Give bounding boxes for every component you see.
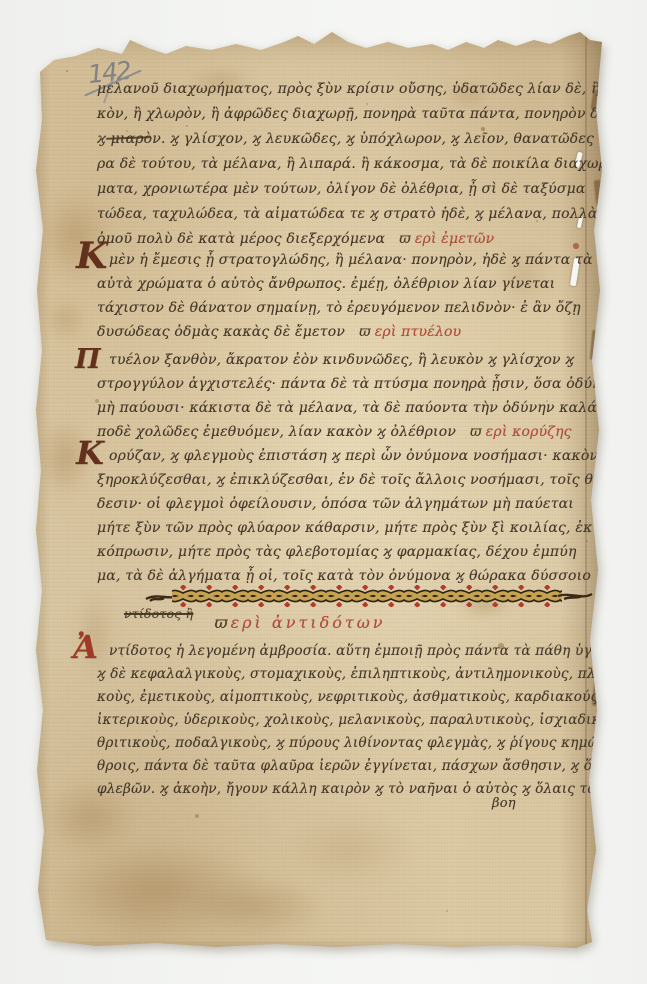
text-line: τάχιστον δὲ θάνατον σημαίνῃ, τὸ ἐρευγόμε… [97, 296, 593, 320]
edge-chip [594, 500, 603, 525]
rubric-emetics: ϖερὶ ἐμετῶν [399, 231, 494, 247]
text-line: ματα, χρονιωτέρα μὲν τούτων, ὀλίγον δὲ ὀ… [97, 177, 630, 202]
text-line: ϗ μιαρὸν. ϗ γλίσχον, ϗ λευκῶδες, ϗ ὑπόχλ… [97, 127, 630, 152]
text-line: ἰκτερικοὺς, ὑδερικοὺς, χολικοὺς, μελανικ… [97, 709, 647, 732]
text-line: τυέλον ξανθὸν, ἄκρατον ἐὸν κινδυνῶδες, ἢ… [97, 348, 618, 372]
section-heading-antidotes: ϖερὶ ἀντιδότων [150, 613, 450, 632]
text-line: αὐτὰ χρώματα ὁ αὐτὸς ἄνθρωπος. ἐμέῃ, ὀλέ… [97, 272, 593, 296]
text-block-stools: μελανοῦ διαχωρήματος, πρὸς ξὺν κρίσιν οὔ… [97, 77, 630, 252]
text-line: μήτε ξὺν τῶν πρὸς φλύαρον κάθαρσιν, μήτε… [97, 516, 641, 540]
stain [44, 298, 88, 342]
bottom-edge-shading [36, 938, 602, 950]
peri-abbreviation-mark: ϖ [399, 231, 411, 247]
text-line: ντίδοτος ἡ λεγομένη ἀμβροσία. αὕτη ἐμποι… [97, 640, 647, 663]
text-line: κὸν, ἢ χλωρὸν, ἢ ἀφρῶδες διαχωρῇ, πονηρὰ… [97, 102, 630, 127]
text-line: ρα δὲ τούτου, τὰ μέλανα, ἢ λιπαρά. ἢ κάκ… [97, 152, 630, 177]
text-line: θροις, πάντα δὲ ταῦτα φλαῦρα ἱερῶν ἐγγίν… [97, 755, 647, 778]
text-block-antidotes: Ἀ ντίδοτος ἡ λεγομένη ἀμβροσία. αὕτη ἐμπ… [97, 640, 647, 801]
text-line: μὲν ἡ ἔμεσις ᾖ στρατογλώδης, ἢ μέλανα· π… [97, 248, 593, 272]
divider-ornament [144, 584, 594, 612]
text-line: μελανοῦ διαχωρήματος, πρὸς ξὺν κρίσιν οὔ… [97, 77, 630, 102]
text-line: τώδεα, ταχυλώδεα, τὰ αἱματώδεα τε ϗ στρα… [97, 202, 630, 227]
initial-kappa: Κ [76, 441, 104, 465]
initial-kappa: Κ [76, 244, 108, 268]
text-line: ποδὲ χολῶδες ἐμεθυόμεν, λίαν κακὸν ϗ ὀλέ… [97, 420, 618, 444]
text-line: δεσιν· οἱ φλεγμοὶ ὀφείλουσιν, ὁπόσα τῶν … [97, 492, 641, 516]
peri-abbreviation-mark: ϖ [470, 424, 482, 440]
text-block-coryza: Κ ορύζαν, ϗ φλεγμοὺς ἐπιστάση ϗ περὶ ὧν … [97, 444, 641, 588]
text-line: ϗ δὲ κεφαλαλγικοὺς, στομαχικοὺς, ἐπιληπτ… [97, 663, 647, 686]
foxing-specks [66, 70, 68, 72]
left-edge-shading [36, 30, 50, 950]
text-block-vomit: Κ μὲν ἡ ἔμεσις ᾖ στρατογλώδης, ἢ μέλανα·… [97, 248, 593, 344]
initial-pi: Π [75, 348, 101, 372]
text-block-sputum: Π τυέλον ξανθὸν, ἄκρατον ἐὸν κινδυνῶδες,… [97, 348, 618, 444]
text-line: μὴ παύουσι· κάκιστα δὲ τὰ μέλανα, τὰ δὲ … [97, 396, 618, 420]
paper-leaf: 142 μελανοῦ διαχωρήματος, πρὸς ξὺν κρίσι… [36, 30, 602, 950]
rubric-sputum: ϖερὶ πτυέλου [359, 324, 461, 340]
peri-abbreviation-mark: ϖ [359, 324, 371, 340]
peri-abbreviation-mark: ϖ [215, 613, 228, 632]
stain [284, 812, 414, 886]
stain [186, 876, 326, 938]
paper-surface: 142 μελανοῦ διαχωρήματος, πρὸς ξὺν κρίσι… [36, 30, 602, 950]
catchword: βοη [492, 796, 516, 811]
stain [54, 842, 264, 938]
text-line: φλεβῶν. ϗ ἀκοὴν, ἤγουν κάλλη καιρὸν ϗ τὸ… [97, 778, 647, 801]
text-line: στρογγύλον ἀγχιστελές· πάντα δὲ τὰ πτύσμ… [97, 372, 618, 396]
text-line: ορύζαν, ϗ φλεγμοὺς ἐπιστάση ϗ περὶ ὧν ὀν… [97, 444, 641, 468]
text-line: ξηροκλύζεσθαι, ϗ ἐπικλύζεσθαι, ἐν δὲ τοῖ… [97, 468, 641, 492]
text-line: κοὺς, ἐμετικοὺς, αἱμοπτικοὺς, νεφριτικοὺ… [97, 686, 647, 709]
initial-alpha-red: Ἀ [73, 636, 98, 659]
text-line: δυσώδεας ὀδμὰς κακὰς δὲ ἔμετονϖερὶ πτυέλ… [97, 320, 593, 344]
text-line: θριτικοὺς, ποδαλγικοὺς, ϗ πύρους λιθίνον… [97, 732, 647, 755]
text-line: κόπρωσιν, μήτε πρὸς τὰς φλεβοτομίας ϗ φα… [97, 540, 641, 564]
rubric-coryza: ϖερὶ κορύζης [470, 424, 572, 440]
